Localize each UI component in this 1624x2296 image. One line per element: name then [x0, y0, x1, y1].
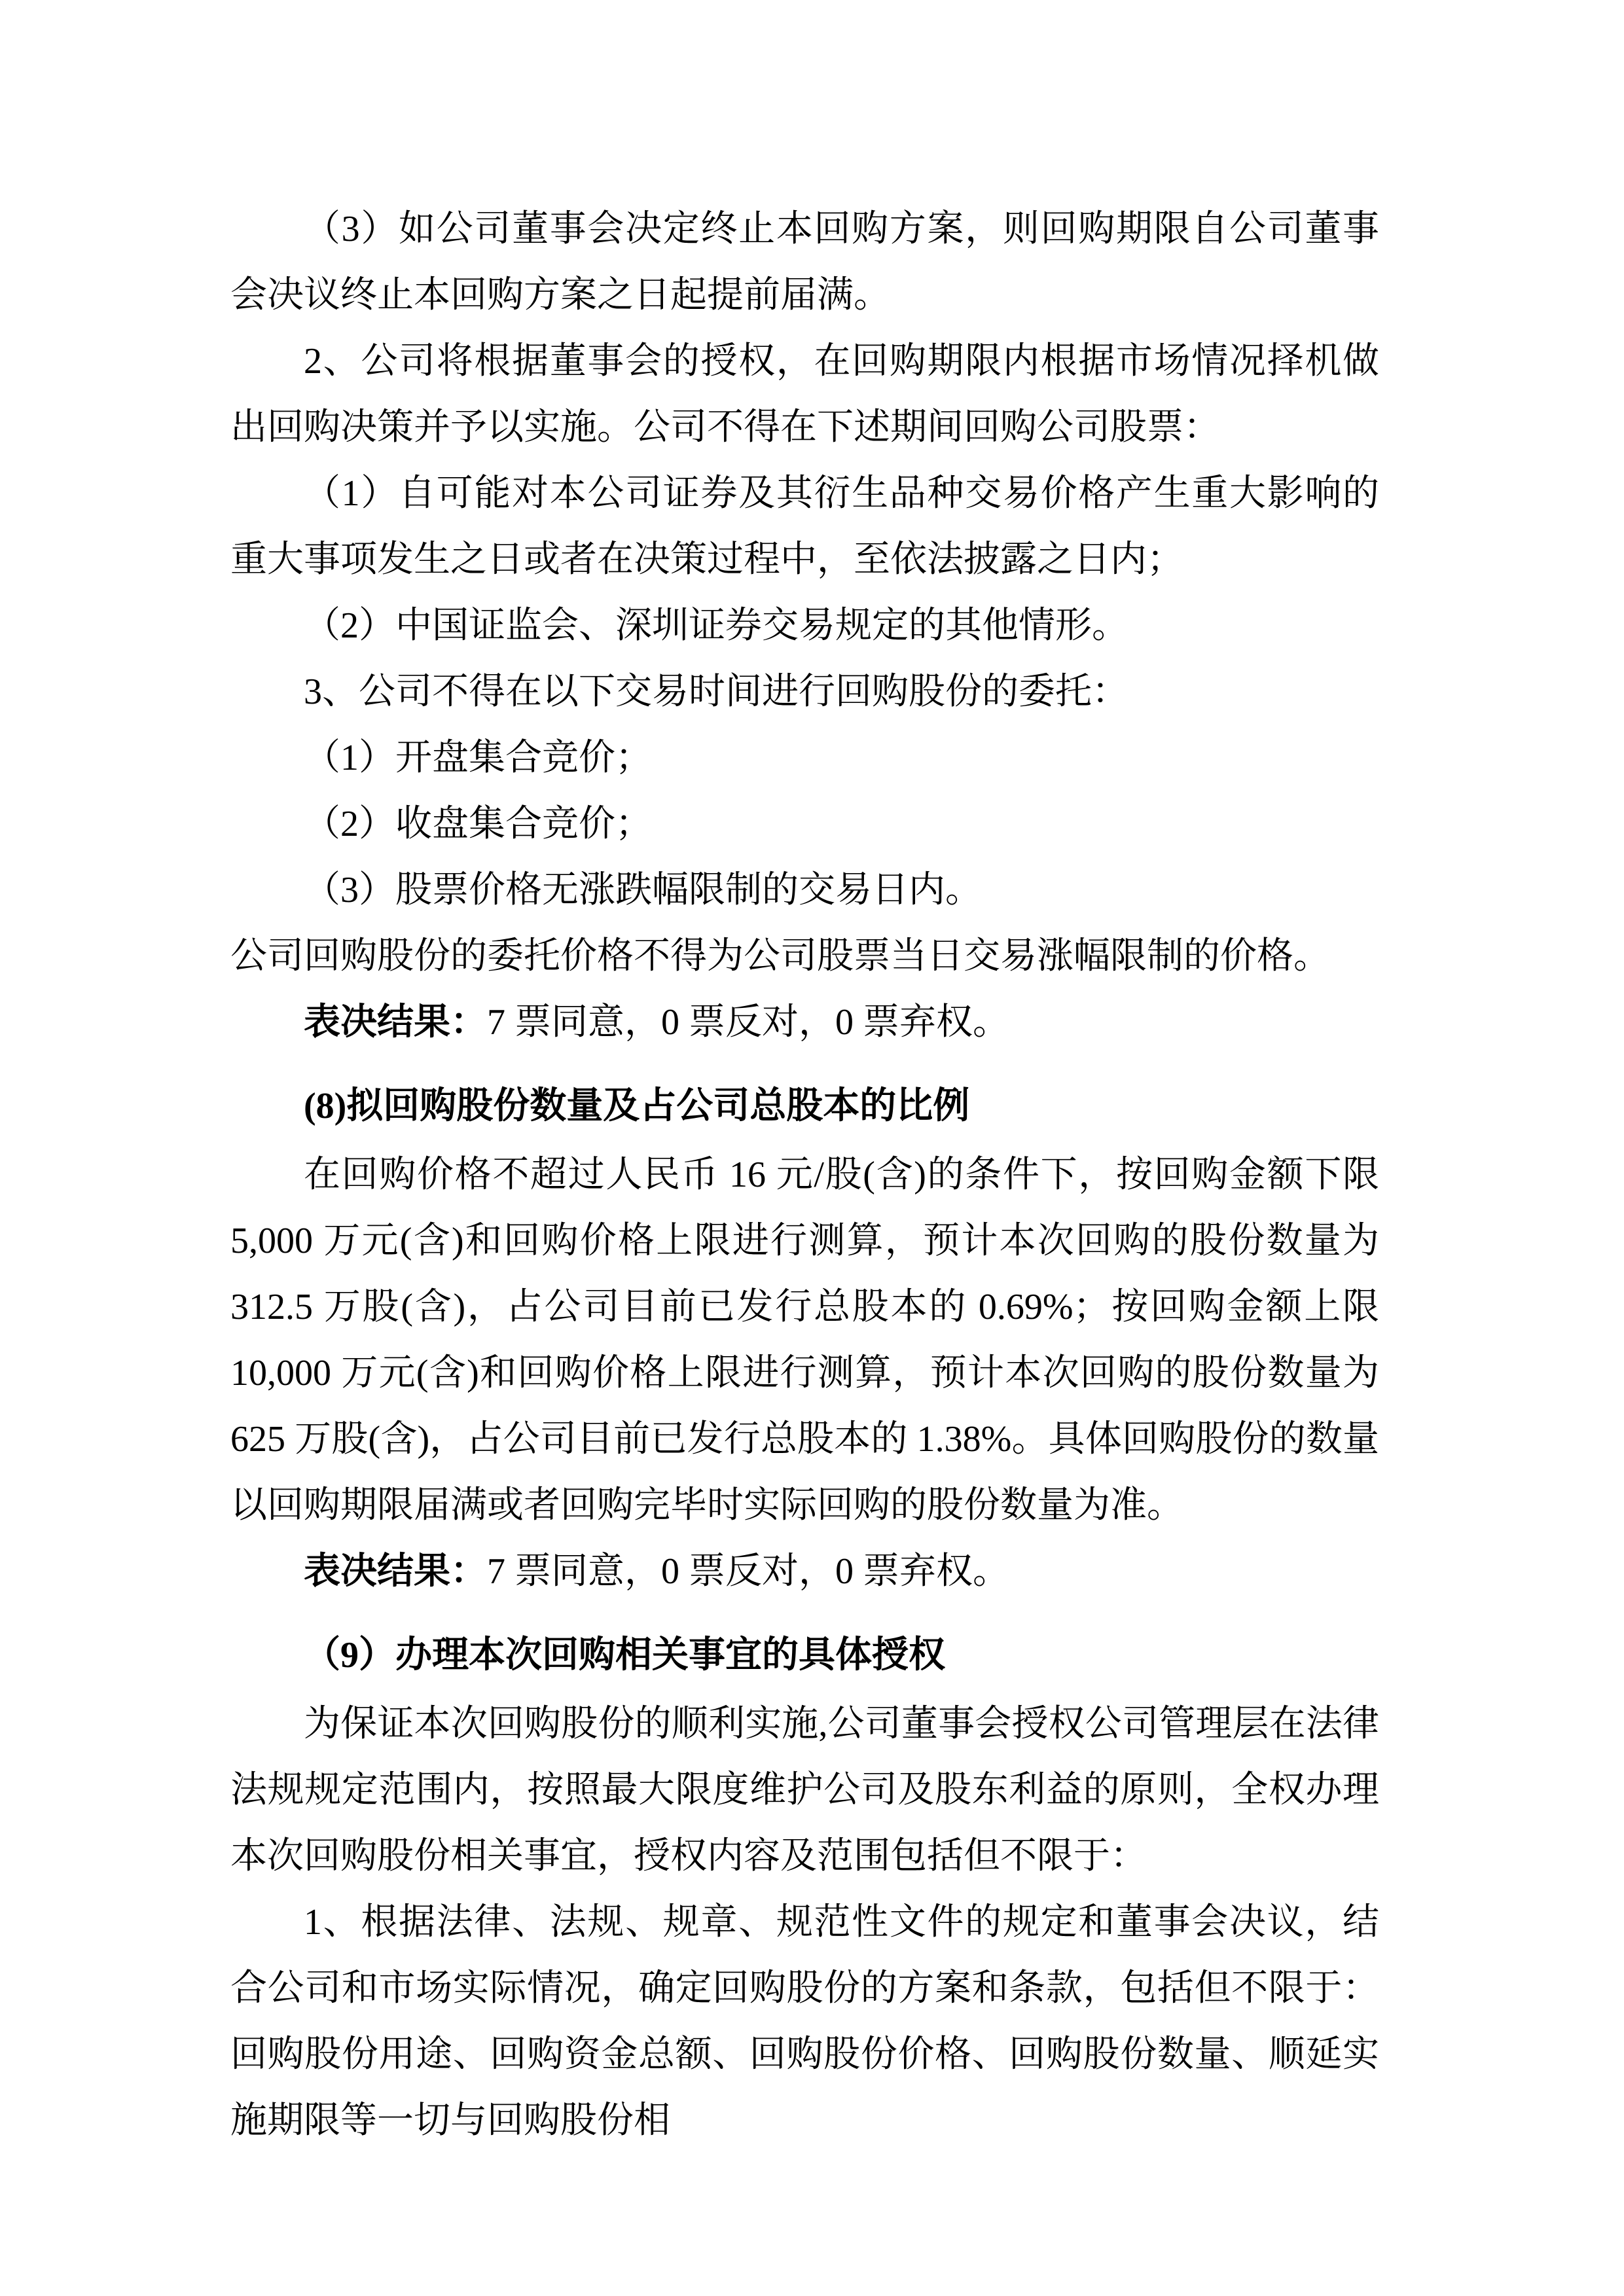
vote-result-label-2: 表决结果：	[304, 1551, 487, 1592]
paragraph-clause-3-trading-times: 3、公司不得在以下交易时间进行回购股份的委托：	[230, 659, 1379, 725]
document-body: （3）如公司董事会决定终止本回购方案，则回购期限自公司董事会决议终止本回购方案之…	[230, 196, 1379, 2154]
paragraph-repurchase-quantity: 在回购价格不超过人民币 16 元/股(含)的条件下，按回购金额下限 5,000 …	[230, 1142, 1379, 1539]
section-heading-9: （9）办理本次回购相关事宜的具体授权	[230, 1623, 1379, 1689]
paragraph-authorization-intro: 为保证本次回购股份的顺利实施,公司董事会授权公司管理层在法律法规规定范围内，按照…	[230, 1691, 1379, 1890]
vote-result-text-1: 7 票同意，0 票反对，0 票弃权。	[487, 1002, 1009, 1043]
vote-result-text-2: 7 票同意，0 票反对，0 票弃权。	[487, 1551, 1009, 1592]
paragraph-trading-time-item-2: （2）收盘集合竞价；	[230, 791, 1379, 857]
section-heading-8: (8)拟回购股份数量及占公司总股本的比例	[230, 1073, 1379, 1139]
paragraph-commission-price-limit: 公司回购股份的委托价格不得为公司股票当日交易涨幅限制的价格。	[230, 924, 1379, 990]
vote-result-line-2: 表决结果：7 票同意，0 票反对，0 票弃权。	[230, 1539, 1379, 1605]
paragraph-clause-2-authorization: 2、公司将根据董事会的授权，在回购期限内根据市场情况择机做出回购决策并予以实施。…	[230, 329, 1379, 461]
paragraph-forbidden-period-item-2: （2）中国证监会、深圳证券交易规定的其他情形。	[230, 593, 1379, 659]
paragraph-termination-item-3: （3）如公司董事会决定终止本回购方案，则回购期限自公司董事会决议终止本回购方案之…	[230, 196, 1379, 329]
document-page: （3）如公司董事会决定终止本回购方案，则回购期限自公司董事会决议终止本回购方案之…	[0, 0, 1624, 2296]
paragraph-forbidden-period-item-1: （1）自可能对本公司证券及其衍生品种交易价格产生重大影响的重大事项发生之日或者在…	[230, 461, 1379, 593]
vote-result-line-1: 表决结果：7 票同意，0 票反对，0 票弃权。	[230, 990, 1379, 1056]
paragraph-trading-time-item-1: （1）开盘集合竞价；	[230, 725, 1379, 791]
paragraph-authorization-item-1: 1、根据法律、法规、规章、规范性文件的规定和董事会决议，结合公司和市场实际情况，…	[230, 1890, 1379, 2154]
vote-result-label-1: 表决结果：	[304, 1002, 487, 1043]
paragraph-trading-time-item-3: （3）股票价格无涨跌幅限制的交易日内。	[230, 857, 1379, 924]
